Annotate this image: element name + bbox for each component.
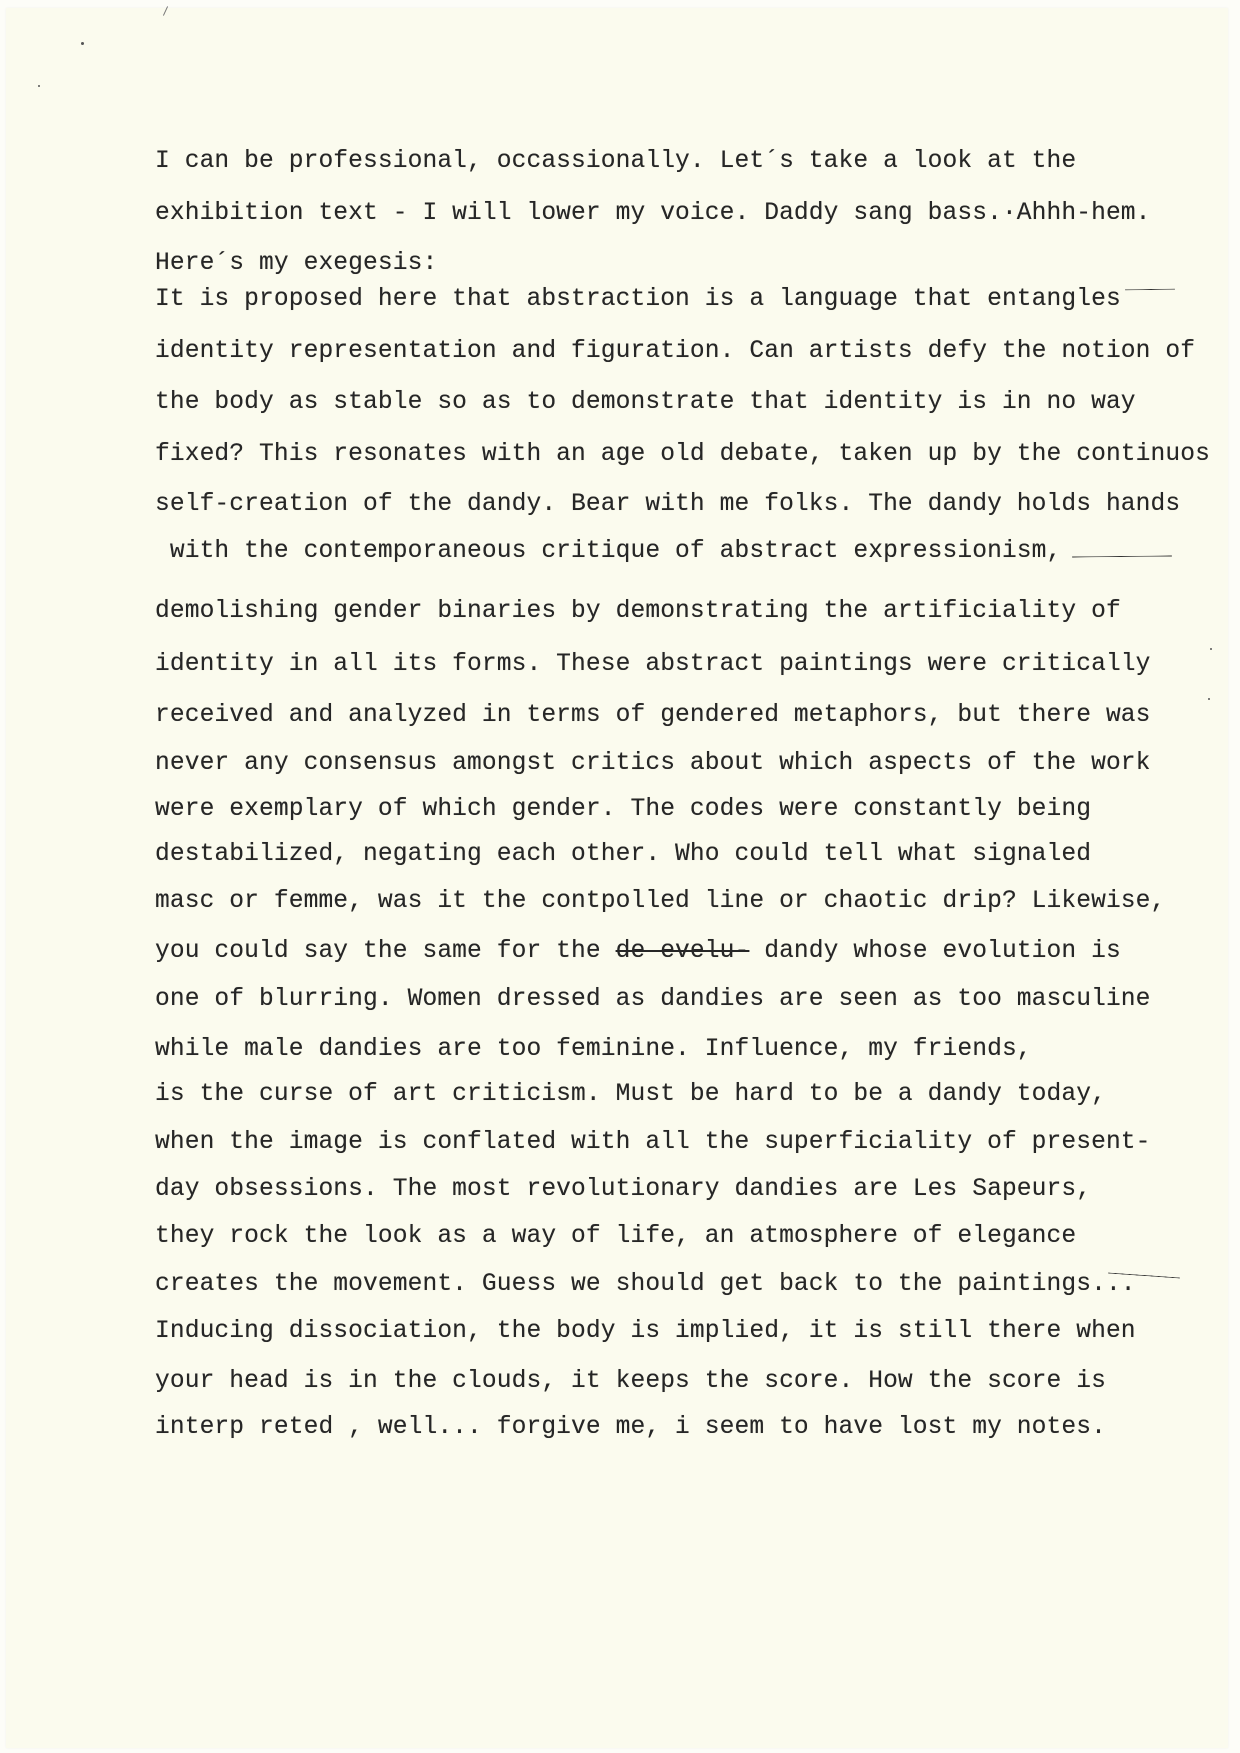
text-line: never any consensus amongst critics abou… bbox=[155, 752, 1151, 777]
text-line: were exemplary of which gender. The code… bbox=[155, 798, 1091, 823]
text-segment: dandy whose evolution is bbox=[749, 938, 1120, 965]
ink-speck bbox=[1210, 648, 1212, 650]
text-line: destabilized, negating each other. Who c… bbox=[155, 843, 1091, 868]
text-line: interp reted , well... forgive me, i see… bbox=[155, 1416, 1106, 1441]
text-line: when the image is conflated with all the… bbox=[155, 1131, 1151, 1156]
ink-speck bbox=[81, 42, 84, 45]
struck-out-text: de evelu- bbox=[616, 938, 750, 965]
text-line: I can be professional, occassionally. Le… bbox=[155, 150, 1076, 175]
text-line: day obsessions. The most revolutionary d… bbox=[155, 1178, 1091, 1203]
text-line: is the curse of art criticism. Must be h… bbox=[155, 1083, 1106, 1108]
text-line: fixed? This resonates with an age old de… bbox=[155, 443, 1210, 468]
text-line: It is proposed here that abstraction is … bbox=[155, 288, 1121, 313]
text-line: demolishing gender binaries by demonstra… bbox=[155, 600, 1121, 625]
text-line: while male dandies are too feminine. Inf… bbox=[155, 1038, 1032, 1063]
text-line: self-creation of the dandy. Bear with me… bbox=[155, 493, 1180, 518]
text-line: identity in all its forms. These abstrac… bbox=[155, 653, 1151, 678]
text-line: received and analyzed in terms of gender… bbox=[155, 704, 1151, 729]
text-line: one of blurring. Women dressed as dandie… bbox=[155, 988, 1151, 1013]
text-line: masc or femme, was it the contpolled lin… bbox=[155, 890, 1165, 915]
ink-speck bbox=[1208, 698, 1210, 700]
text-line: your head is in the clouds, it keeps the… bbox=[155, 1370, 1106, 1395]
text-line: with the contemporaneous critique of abs… bbox=[155, 540, 1061, 565]
text-line: they rock the look as a way of life, an … bbox=[155, 1225, 1076, 1250]
ink-speck bbox=[38, 85, 40, 87]
text-segment: you could say the same for the bbox=[155, 938, 616, 965]
text-line: exhibition text - I will lower my voice.… bbox=[155, 202, 1151, 227]
text-line: the body as stable so as to demonstrate … bbox=[155, 391, 1136, 416]
text-line: Here´s my exegesis: bbox=[155, 252, 437, 277]
text-line: Inducing dissociation, the body is impli… bbox=[155, 1320, 1136, 1345]
text-line: you could say the same for the de evelu-… bbox=[155, 940, 1121, 965]
text-line: identity representation and figuration. … bbox=[155, 340, 1195, 365]
text-line: creates the movement. Guess we should ge… bbox=[155, 1273, 1136, 1298]
